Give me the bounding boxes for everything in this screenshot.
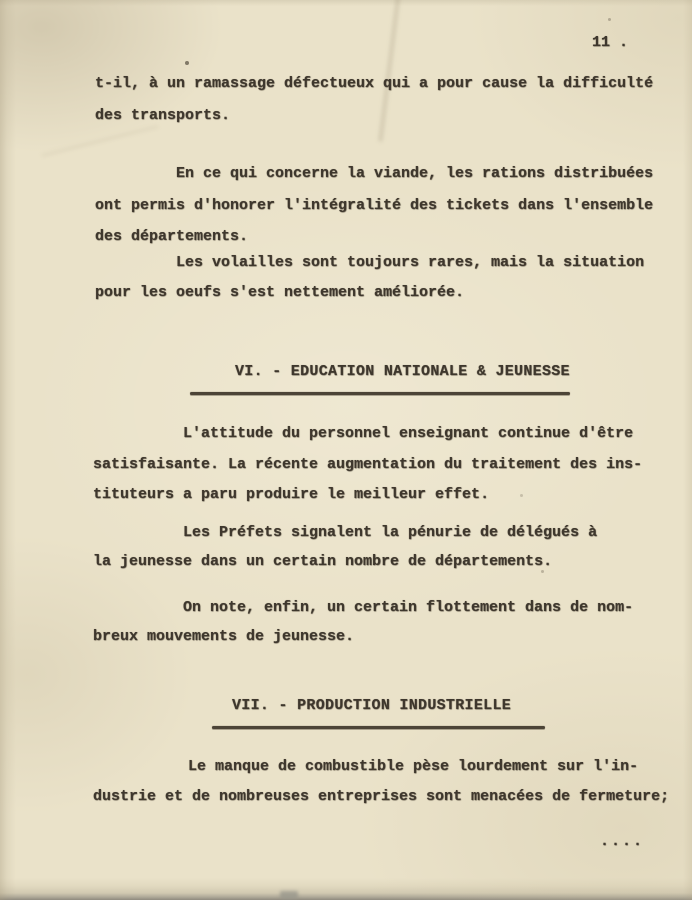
text-line: breux mouvements de jeunesse.	[93, 627, 354, 647]
text-line: dustrie et de nombreuses entreprises son…	[93, 787, 669, 807]
section-heading-vi: VI. - EDUCATION NATIONALE & JEUNESSE	[235, 362, 570, 382]
page-number: 11 .	[592, 33, 628, 53]
text-line: la jeunesse dans un certain nombre de dé…	[93, 552, 552, 572]
text-line: des départements.	[95, 227, 248, 247]
text-line: ont permis d'honorer l'intégralité des t…	[95, 196, 653, 216]
document-page: 11 . t-il, à un ramassage défectueux qui…	[0, 0, 692, 900]
text-line: Le manque de combustible pèse lourdement…	[188, 757, 638, 777]
text-line: Les volailles sont toujours rares, mais …	[176, 253, 644, 273]
ink-speck	[185, 61, 189, 65]
text-line: tituteurs a paru produire le meilleur ef…	[93, 485, 489, 505]
paper-crease	[42, 126, 159, 157]
end-dots-mark: ....	[600, 832, 644, 852]
text-line: t-il, à un ramassage défectueux qui a po…	[95, 74, 653, 94]
heading-underline	[212, 726, 545, 729]
ink-speck	[608, 18, 611, 21]
edge-smudge	[280, 891, 298, 899]
paper-crease	[379, 0, 400, 142]
text-line: des transports.	[95, 106, 230, 126]
text-line: L'attitude du personnel enseignant conti…	[183, 424, 633, 444]
text-line: On note, enfin, un certain flottement da…	[183, 598, 633, 618]
text-line: En ce qui concerne la viande, les ration…	[176, 164, 653, 184]
text-line: Les Préfets signalent la pénurie de délé…	[183, 523, 597, 543]
section-heading-vii: VII. - PRODUCTION INDUSTRIELLE	[232, 696, 511, 716]
ink-speck	[520, 494, 523, 497]
text-line: pour les oeufs s'est nettement améliorée…	[95, 283, 464, 303]
text-line: satisfaisante. La récente augmentation d…	[93, 455, 642, 475]
heading-underline	[190, 392, 570, 395]
